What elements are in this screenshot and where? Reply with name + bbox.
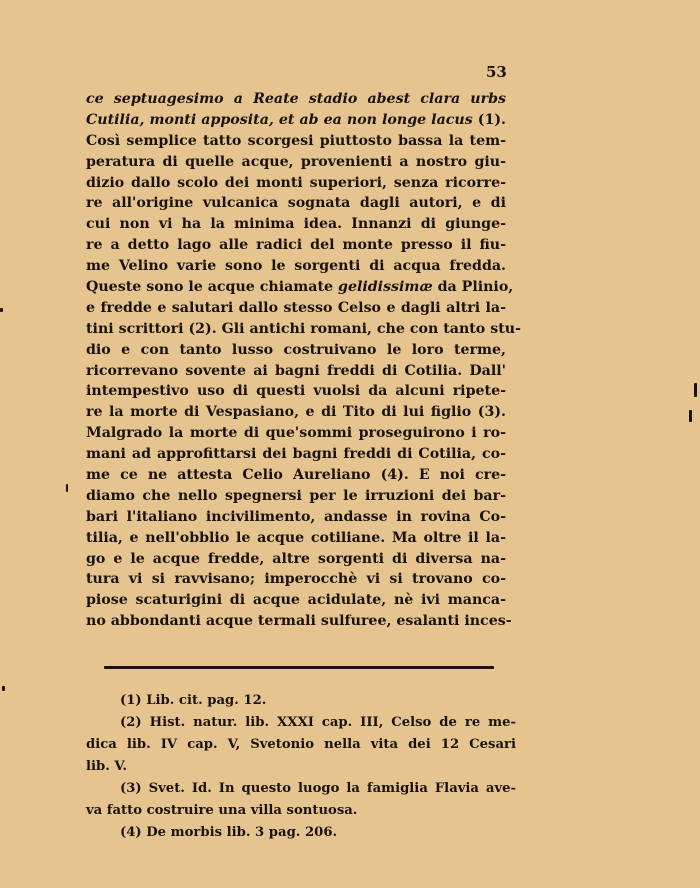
footnote-line: dica lib. IV cap. V, Svetonio nella vita… [86, 734, 516, 756]
scan-mark-left-2 [2, 686, 5, 691]
text-run: bari l'italiano incivilimento, andasse i… [86, 509, 506, 525]
text-line: Queste sono le acque chiamate gelidissim… [86, 277, 506, 298]
footnote-line: va fatto costruire una villa sontuosa. [86, 800, 516, 822]
text-line: re all'origine vulcanica sognata dagli a… [86, 193, 506, 214]
italic-text: gelidissimæ [338, 279, 433, 295]
text-line: peratura di quelle acque, provenienti a … [86, 152, 506, 173]
footnote-rule [104, 666, 494, 669]
text-run: re la morte di Vespasiano, e di Tito di … [86, 404, 506, 420]
text-run: cui non vi ha la minima idea. Innanzi di… [86, 216, 506, 232]
footnote-line: (4) De morbis lib. 3 pag. 206. [86, 822, 516, 844]
text-line: dio e con tanto lusso costruivano le lor… [86, 340, 506, 361]
text-run: e fredde e salutari dallo stesso Celso e… [86, 300, 506, 316]
text-line: tilia, e nell'obblio le acque cotiliane.… [86, 528, 506, 549]
text-run: Queste sono le acque chiamate [86, 279, 338, 295]
text-line: piose scaturigini di acque acidulate, nè… [86, 590, 506, 611]
scan-mark-left-3 [66, 484, 68, 492]
book-page: 53 ce septuagesimo a Reate stadio abest … [0, 0, 700, 888]
text-line: bari l'italiano incivilimento, andasse i… [86, 507, 506, 528]
text-run: intempestivo uso di questi vuolsi da alc… [86, 383, 506, 399]
text-run: me ce ne attesta Celio Aureliano (4). E … [86, 467, 506, 483]
footnote-line: (3) Svet. Id. In questo luogo la famigli… [86, 778, 516, 800]
body-text: ce septuagesimo a Reate stadio abest cla… [86, 89, 506, 632]
text-run: ricorrevano sovente ai bagni freddi di C… [86, 363, 506, 379]
text-line: e fredde e salutari dallo stesso Celso e… [86, 298, 506, 319]
text-run: (1). [473, 112, 506, 128]
text-line: Così semplice tatto scorgesi piuttosto b… [86, 131, 506, 152]
text-run: piose scaturigini di acque acidulate, nè… [86, 592, 506, 608]
italic-text: Cutilia, monti apposita, et ab ea non lo… [86, 112, 473, 128]
page-number: 53 [486, 63, 507, 81]
text-line: re la morte di Vespasiano, e di Tito di … [86, 402, 506, 423]
text-line: dizio dallo scolo dei monti superiori, s… [86, 173, 506, 194]
footnote-line: (2) Hist. natur. lib. XXXI cap. III, Cel… [86, 712, 516, 734]
text-line: ricorrevano sovente ai bagni freddi di C… [86, 361, 506, 382]
text-run: re all'origine vulcanica sognata dagli a… [86, 195, 506, 211]
footnote-line: lib. V. [86, 756, 516, 778]
scan-mark-right-2 [689, 410, 692, 422]
text-line: me ce ne attesta Celio Aureliano (4). E … [86, 465, 506, 486]
text-run: da Plinio, [433, 279, 514, 295]
text-line: no abbondanti acque termali sulfuree, es… [86, 611, 506, 632]
text-line: me Velino varie sono le sorgenti di acqu… [86, 256, 506, 277]
text-line: Malgrado la morte di que'sommi proseguir… [86, 423, 506, 444]
text-run: no abbondanti acque termali sulfuree, es… [86, 613, 512, 629]
text-line: go e le acque fredde, altre sorgenti di … [86, 549, 506, 570]
text-run: go e le acque fredde, altre sorgenti di … [86, 551, 506, 567]
text-run: Così semplice tatto scorgesi piuttosto b… [86, 133, 506, 149]
text-run: dizio dallo scolo dei monti superiori, s… [86, 175, 506, 191]
text-run: mani ad approfittarsi dei bagni freddi d… [86, 446, 506, 462]
text-line: tura vi si ravvisano; imperocchè vi si t… [86, 569, 506, 590]
text-run: tilia, e nell'obblio le acque cotiliane.… [86, 530, 506, 546]
text-run: tini scrittori (2). Gli antichi romani, … [86, 321, 521, 337]
text-run: peratura di quelle acque, provenienti a … [86, 154, 506, 170]
text-line: ce septuagesimo a Reate stadio abest cla… [86, 89, 506, 110]
footnote-line: (1) Lib. cit. pag. 12. [86, 690, 516, 712]
text-line: intempestivo uso di questi vuolsi da alc… [86, 381, 506, 402]
footnotes: (1) Lib. cit. pag. 12.(2) Hist. natur. l… [86, 690, 516, 844]
text-run: dio e con tanto lusso costruivano le lor… [86, 342, 506, 358]
text-run: me Velino varie sono le sorgenti di acqu… [86, 258, 506, 274]
text-line: mani ad approfittarsi dei bagni freddi d… [86, 444, 506, 465]
text-run: re a detto lago alle radici del monte pr… [86, 237, 506, 253]
text-line: tini scrittori (2). Gli antichi romani, … [86, 319, 506, 340]
scan-mark-right-1 [694, 383, 697, 397]
text-line: diamo che nello spegnersi per le irruzio… [86, 486, 506, 507]
text-line: Cutilia, monti apposita, et ab ea non lo… [86, 110, 506, 131]
text-run: tura vi si ravvisano; imperocchè vi si t… [86, 571, 506, 587]
text-line: re a detto lago alle radici del monte pr… [86, 235, 506, 256]
text-run: Malgrado la morte di que'sommi proseguir… [86, 425, 506, 441]
scan-mark-left-1 [0, 308, 3, 312]
text-run: diamo che nello spegnersi per le irruzio… [86, 488, 506, 504]
text-line: cui non vi ha la minima idea. Innanzi di… [86, 214, 506, 235]
italic-text: ce septuagesimo a Reate stadio abest cla… [86, 91, 506, 107]
